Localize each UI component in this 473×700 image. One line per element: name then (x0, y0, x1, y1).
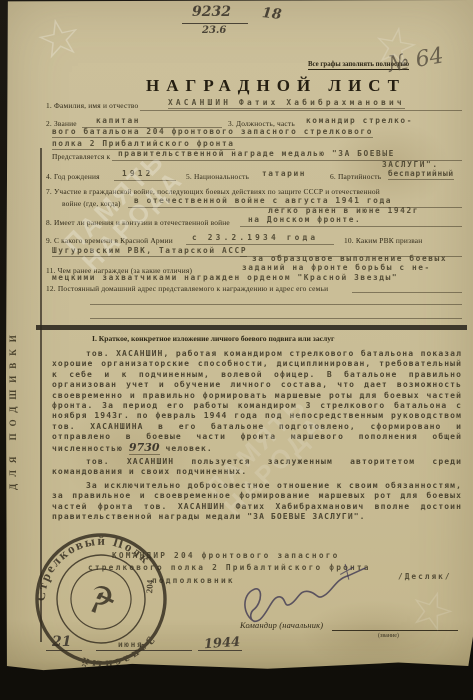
field7-value: в отечественной войне с августа 1941 год… (134, 196, 392, 205)
citation-body: тов. ХАСАНШИН, работая командиром стрелк… (52, 349, 462, 526)
pencil-number-denominator: 23.6 (202, 25, 226, 36)
field9-value: с 23.2.1934 года (192, 233, 318, 242)
field12-underline-2 (90, 304, 462, 305)
document-title: НАГРАДНОЙ ЛИСТ (146, 76, 406, 96)
field8-underline (240, 226, 462, 227)
field7-label-line2: войне (где, когда) (62, 199, 121, 208)
field3-value-line2: вого батальона 204 фронтового запасного … (52, 127, 373, 138)
field6-value: беспартийный (388, 169, 454, 180)
field11-value-line2: мецкими захватчиками награжден орденом "… (52, 273, 398, 282)
citation-p1-tail: человек. (160, 444, 213, 453)
commander-signature-line (332, 630, 458, 631)
citation-paragraph-3: За исключительно добросовестное отношени… (52, 481, 462, 523)
field6-label: 6. Партийность (330, 172, 381, 181)
signoff-surname: /Десляк/ (398, 572, 452, 581)
field4-label: 4. Год рождения (46, 172, 100, 181)
citation-p1-text: тов. ХАСАНШИН, работая командиром стрелк… (52, 349, 462, 453)
field5-label: 5. Национальность (186, 172, 249, 181)
citation-p3-text: За исключительно добросовестное отношени… (52, 481, 462, 521)
field5-value: татарин (262, 169, 306, 178)
citation-paragraph-1: тов. ХАСАНШИН, работая командиром стрелк… (52, 349, 462, 454)
field7-label-line1: 7. Участие в гражданской войне, последую… (46, 187, 380, 196)
pencil-number-side: 18 (261, 5, 282, 23)
field12-label: 12. Постоянный домашний адрес представля… (46, 284, 328, 293)
field11-overflow-value: за образцовое выполнение боевых (252, 254, 447, 263)
field4-value: 1912 (122, 169, 154, 178)
field10-label: 10. Каким РВК призван (344, 236, 422, 245)
pencil-number-numerator: 9232 (192, 4, 231, 20)
field2-value: капитан (96, 116, 140, 125)
field8-label: 8. Имеет ли ранения и контузии в отечест… (46, 218, 230, 227)
field9-underline (186, 244, 334, 245)
field9-label: 9. С какого времени в Красной Армии (46, 236, 173, 245)
presented-value-line2: ЗАСЛУГИ". (382, 160, 439, 169)
presented-label: Представляется к (52, 152, 110, 161)
section1-heading: I. Краткое, конкретное изложение личного… (92, 334, 335, 343)
stamp-number: 204 (144, 579, 155, 594)
field8-overflow-value: легко ранен в июне 1942г (268, 206, 419, 215)
field1-value: ХАСАНШИН Фатих Хабибрахманович (168, 98, 405, 109)
margin-vertical-label: ДЛЯ ПОДШИВКИ (8, 230, 18, 490)
field1-underline (140, 110, 462, 111)
svg-text:Запасный: Запасный (73, 632, 162, 680)
scanned-award-document: 9232 23.6 18 Все графы заполнять полност… (0, 0, 473, 700)
field10-value: Шугуровским РВК, Татарской АССР (52, 246, 247, 257)
section-divider-bar (36, 325, 467, 330)
pencil-fraction-line (182, 23, 248, 24)
field12-underline-3 (90, 318, 462, 319)
field12-underline-1 (352, 292, 462, 293)
citation-paragraph-2: тов. ХАСАНШИН пользуется заслуженным авт… (52, 457, 462, 478)
field8-value: на Донском фронте. (248, 215, 361, 224)
presented-value-line1: правительственной награде медалью "ЗА БО… (118, 149, 395, 158)
handwritten-headcount: 9730 (129, 441, 160, 455)
field3-value-line1: командир стрелко- (306, 116, 413, 125)
rank-note: (звание) (378, 633, 399, 639)
field4-underline (114, 180, 176, 181)
handwritten-signature (235, 551, 382, 635)
stamp-arc-bottom-text: Запасный (73, 632, 162, 680)
stamp-emblem-icon: ☭ (82, 577, 121, 623)
field11-value-line1: заданий на фронте борьбы с не- (242, 263, 431, 272)
citation-p2-text: тов. ХАСАНШИН пользуется заслуженным авт… (52, 457, 462, 476)
field1-label: 1. Фамилия, имя и отчество (46, 101, 138, 110)
date-year-underline (198, 650, 242, 651)
